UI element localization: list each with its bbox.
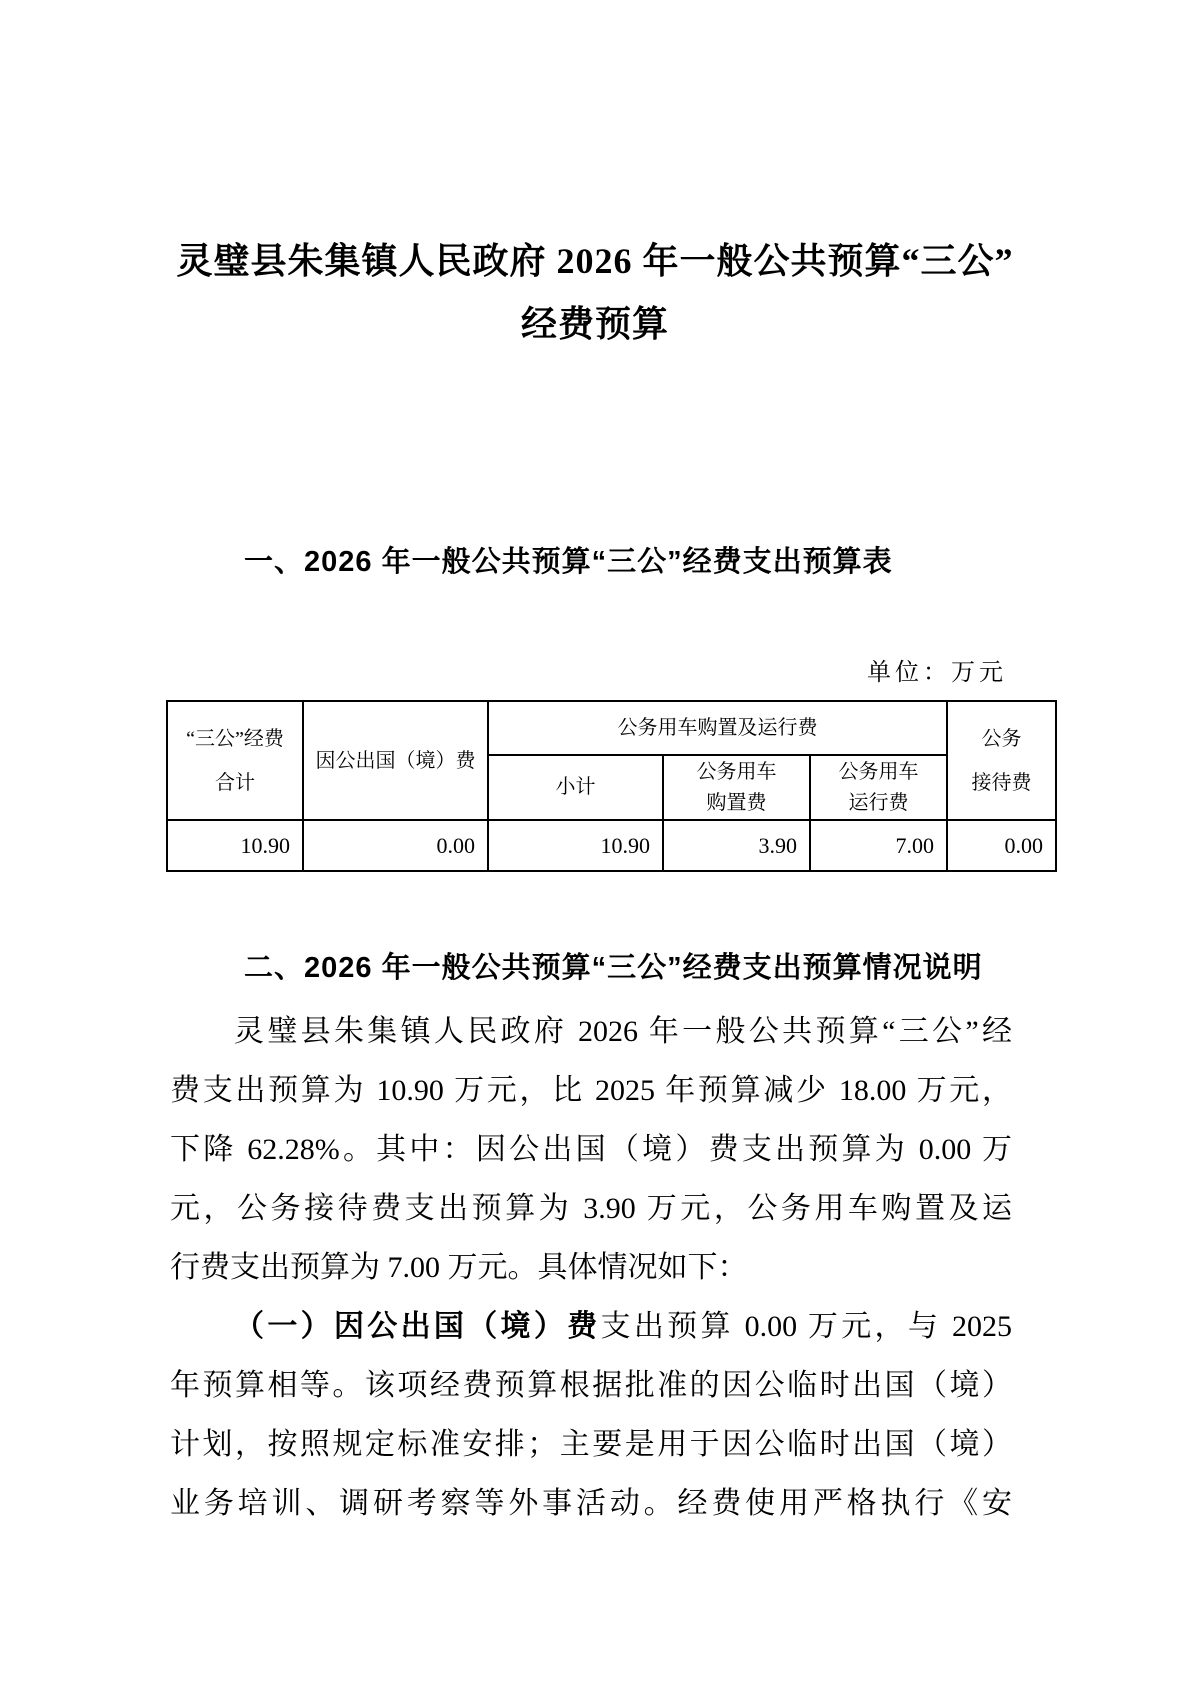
table-header-purchase: 公务用车购置费 (663, 755, 810, 820)
value-vehicle-subtotal: 10.90 (488, 820, 663, 871)
body-line: 年预算相等。该项经费预算根据批准的因公临时出国（境） (170, 1356, 1012, 1415)
table-header-sangong-total-line2: 合计 (215, 772, 255, 794)
table-header-purchase-line1: 公务用车 (697, 761, 777, 783)
value-sangong-total: 10.90 (167, 820, 303, 871)
section-1-heading: 一、2026 年一般公共预算“三公”经费支出预算表 (244, 542, 1190, 582)
table-header-reception-line2: 接待费 (972, 772, 1032, 794)
value-abroad: 0.00 (303, 820, 488, 871)
table-data-row: 10.90 0.00 10.90 3.90 7.00 0.00 (167, 820, 1056, 871)
document-page: 灵璧县朱集镇人民政府 2026 年一般公共预算“三公”经费预算 一、2026 年… (0, 0, 1190, 1683)
body-line: 费支出预算为 10.90 万元，比 2025 年预算减少 18.00 万元， (170, 1061, 1012, 1120)
body-line: 元，公务接待费支出预算为 3.90 万元，公务用车购置及运 (170, 1179, 1012, 1238)
table-header-vehicle-group: 公务用车购置及运行费 (488, 701, 947, 755)
sangong-budget-table: “三公”经费合计 因公出国（境）费 公务用车购置及运行费 公务接待费 小计 公务… (166, 700, 1057, 872)
body-line: 业务培训、调研考察等外事活动。经费使用严格执行《安 (170, 1474, 1012, 1533)
table-header-operation-line1: 公务用车 (839, 761, 919, 783)
document-title: 灵璧县朱集镇人民政府 2026 年一般公共预算“三公”经费预算 (0, 0, 1190, 356)
document-title-line1: 灵璧县朱集镇人民政府 2026 年一般公共预算“三公” (176, 241, 1013, 281)
body-line: 灵璧县朱集镇人民政府 2026 年一般公共预算“三公”经 (170, 1002, 1012, 1061)
table-header-operation-line2: 运行费 (849, 792, 909, 814)
body-text: 灵璧县朱集镇人民政府 2026 年一般公共预算“三公”经费支出预算为 10.90… (170, 1002, 1012, 1533)
table-header-subtotal: 小计 (488, 755, 663, 820)
table-header-reception-line1: 公务 (982, 728, 1022, 750)
table-header-operation: 公务用车运行费 (810, 755, 947, 820)
value-vehicle-operation: 7.00 (810, 820, 947, 871)
value-vehicle-purchase: 3.90 (663, 820, 810, 871)
body-line: 行费支出预算为 7.00 万元。具体情况如下： (170, 1238, 1012, 1297)
table-header-sangong-total-line1: “三公”经费 (186, 728, 284, 750)
body-line: （一）因公出国（境）费支出预算 0.00 万元，与 2025 (170, 1297, 1012, 1356)
table-header-reception: 公务接待费 (947, 701, 1056, 820)
section-2-heading: 二、2026 年一般公共预算“三公”经费支出预算情况说明 (244, 948, 1190, 988)
body-line: 下降 62.28%。其中：因公出国（境）费支出预算为 0.00 万 (170, 1120, 1012, 1179)
table-unit-label: 单位：万元 (166, 656, 1055, 690)
document-title-line2: 经费预算 (521, 304, 669, 344)
table-header-sangong-total: “三公”经费合计 (167, 701, 303, 820)
table-header-abroad: 因公出国（境）费 (303, 701, 488, 820)
table-header-purchase-line2: 购置费 (707, 792, 767, 814)
value-reception: 0.00 (947, 820, 1056, 871)
body-line: 计划，按照规定标准安排；主要是用于因公临时出国（境） (170, 1415, 1012, 1474)
